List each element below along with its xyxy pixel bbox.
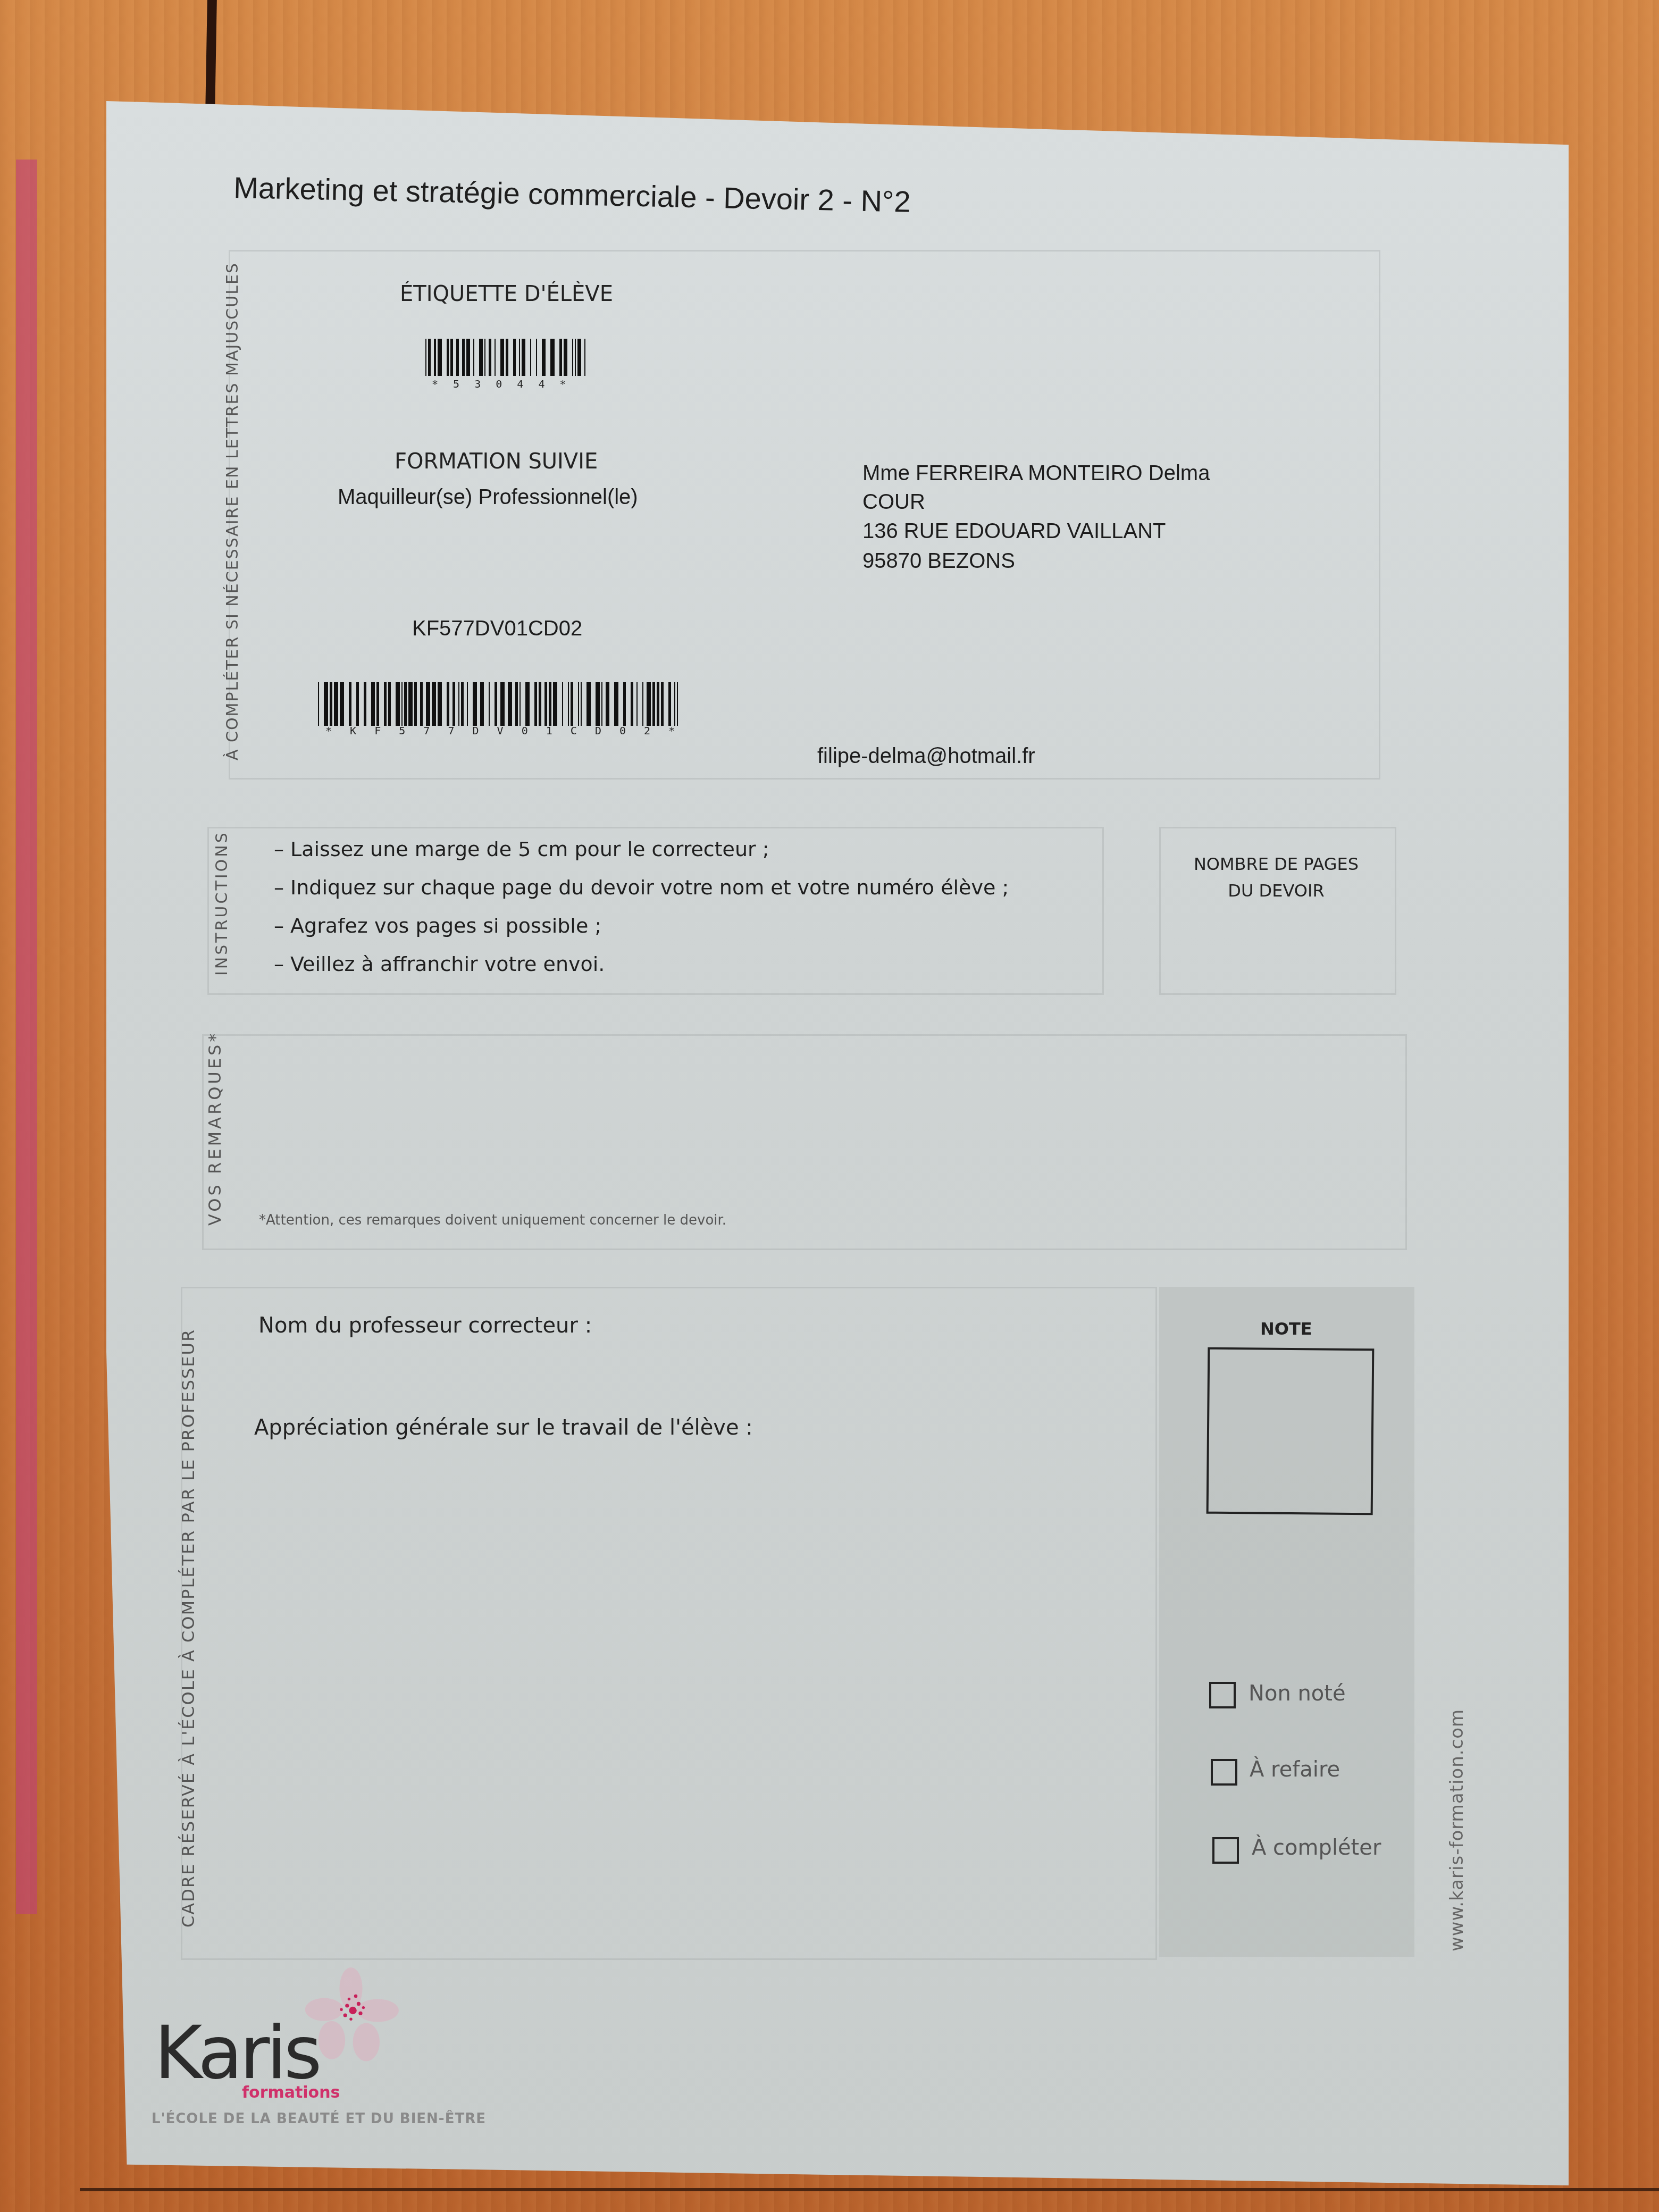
table-seam [205, 0, 217, 112]
address-line-name: Mme FERREIRA MONTEIRO Delma [862, 462, 1210, 485]
instruction-item: – Veillez à affranchir votre envoi. [274, 952, 1009, 991]
address-line-city: 95870 BEZONS [862, 549, 1015, 573]
instructions-side-label: INSTRUCTIONS [213, 831, 231, 976]
checkbox-label-non-note: Non noté [1249, 1681, 1346, 1706]
table-seam [80, 2188, 1659, 2191]
page-count-label: NOMBRE DE PAGES DU DEVOIR [1191, 851, 1361, 904]
address-line-street: 136 RUE EDOUARD VAILLANT [862, 520, 1166, 543]
page-count-label-line2: DU DEVOIR [1191, 877, 1361, 904]
checkbox-a-refaire[interactable] [1211, 1759, 1237, 1786]
assignment-barcode-caption: * K F 5 7 7 D V 0 1 C D 0 2 * [325, 724, 681, 737]
note-label: NOTE [1260, 1319, 1312, 1339]
student-email: filipe-delma@hotmail.fr [817, 744, 1035, 768]
karis-logo-tagline: L'ÉCOLE DE LA BEAUTÉ ET DU BIEN-ÊTRE [152, 2111, 486, 2127]
remarks-side-label: VOS REMARQUES* [205, 1031, 225, 1226]
website-url: www.karis-formation.com [1446, 1709, 1468, 1951]
teacher-name-label: Nom du professeur correcteur : [258, 1313, 592, 1338]
student-section-side-label: À COMPLÉTER SI NÉCESSAIRE EN LETTRES MAJ… [223, 262, 242, 760]
student-number-barcode [425, 339, 590, 376]
teacher-section-box [181, 1287, 1157, 1960]
underlying-pink-sheet [16, 160, 37, 1914]
instruction-item: – Agrafez vos pages si possible ; [274, 914, 1009, 952]
checkbox-label-a-completer: À compléter [1252, 1836, 1381, 1860]
assignment-code: KF577DV01CD02 [412, 617, 582, 641]
assignment-barcode [318, 682, 680, 726]
formation-name: Maquilleur(se) Professionnel(le) [338, 485, 638, 509]
checkbox-label-a-refaire: À refaire [1250, 1757, 1340, 1782]
note-input-box[interactable] [1206, 1347, 1375, 1515]
page-count-label-line1: NOMBRE DE PAGES [1191, 851, 1361, 877]
karis-logo-subtitle: formations [242, 2083, 340, 2102]
instructions-list: – Laissez une marge de 5 cm pour le corr… [274, 837, 1009, 991]
checkbox-a-completer[interactable] [1212, 1837, 1239, 1864]
instruction-item: – Indiquez sur chaque page du devoir vot… [274, 876, 1009, 914]
instruction-item: – Laissez une marge de 5 cm pour le corr… [274, 837, 1009, 876]
teacher-section-side-label: CADRE RÉSERVÉ À L'ÉCOLE À COMPLÉTER PAR … [178, 1329, 198, 1928]
checkbox-non-note[interactable] [1209, 1682, 1236, 1708]
remarks-footnote: *Attention, ces remarques doivent unique… [259, 1212, 726, 1228]
karis-logo-wordmark: Karis [154, 2010, 319, 2096]
appreciation-label: Appréciation générale sur le travail de … [254, 1415, 753, 1440]
address-line-2: COUR [862, 490, 925, 514]
student-label-heading: ÉTIQUETTE D'ÉLÈVE [400, 282, 613, 306]
formation-heading: FORMATION SUIVIE [395, 449, 598, 474]
student-number-barcode-caption: * 5 3 0 4 4 * [432, 378, 571, 390]
